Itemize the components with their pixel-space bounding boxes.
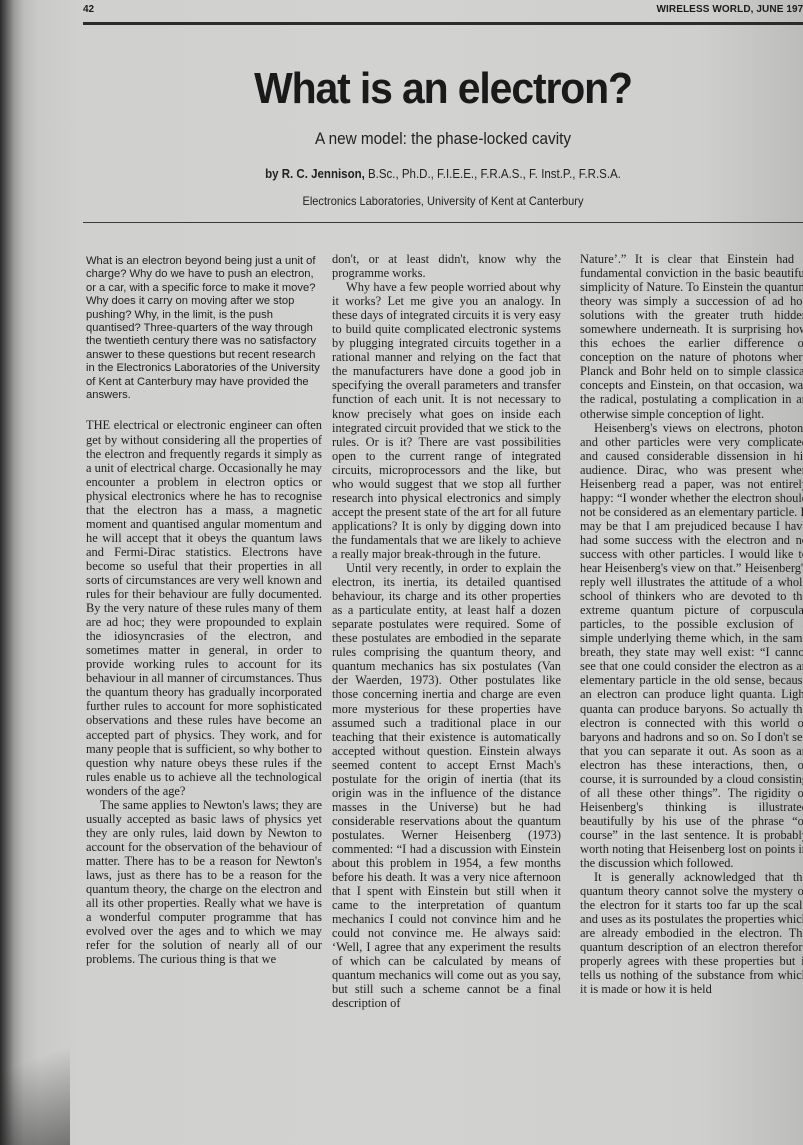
page-fold-shadow bbox=[0, 1005, 70, 1145]
author-credentials: B.Sc., Ph.D., F.I.E.E., F.R.A.S., F. Ins… bbox=[365, 167, 621, 181]
column-1: What is an electron beyond being just a … bbox=[86, 255, 322, 966]
author-name: R. C. Jennison, bbox=[282, 167, 365, 181]
author-affiliation: Electronics Laboratories, University of … bbox=[112, 194, 774, 208]
byline: by R. C. Jennison, B.Sc., Ph.D., F.I.E.E… bbox=[112, 167, 774, 181]
paragraph: Nature’.” It is clear that Einstein had … bbox=[580, 252, 803, 421]
title-block-rule bbox=[83, 222, 803, 223]
column-3: Nature’.” It is clear that Einstein had … bbox=[580, 252, 803, 996]
paragraph: THE electrical or electronic engineer ca… bbox=[86, 418, 322, 797]
paragraph: Why have a few people worried about why … bbox=[332, 280, 561, 561]
publication-name: WIRELESS WORLD, JUNE 1979 bbox=[656, 4, 803, 15]
paragraph: Heisenberg's views on electrons, photons… bbox=[580, 421, 803, 871]
header-rule bbox=[83, 22, 803, 25]
paragraph: don't, or at least didn't, know why the … bbox=[332, 252, 561, 280]
article-title: What is an electron? bbox=[108, 64, 778, 114]
standfirst: What is an electron beyond being just a … bbox=[86, 255, 322, 402]
paragraph: It is generally acknowledged that the qu… bbox=[580, 870, 803, 996]
page-number: 42 bbox=[83, 4, 94, 15]
byline-prefix: by bbox=[265, 167, 282, 181]
running-header: 42 WIRELESS WORLD, JUNE 1979 bbox=[83, 4, 803, 20]
paragraph: The same applies to Newton's laws; they … bbox=[86, 798, 322, 967]
paragraph: Until very recently, in order to explain… bbox=[332, 561, 561, 1011]
magazine-page: 42 WIRELESS WORLD, JUNE 1979 What is an … bbox=[0, 0, 803, 1145]
column-2: don't, or at least didn't, know why the … bbox=[332, 252, 561, 1011]
article-subtitle: A new model: the phase-locked cavity bbox=[119, 129, 767, 149]
